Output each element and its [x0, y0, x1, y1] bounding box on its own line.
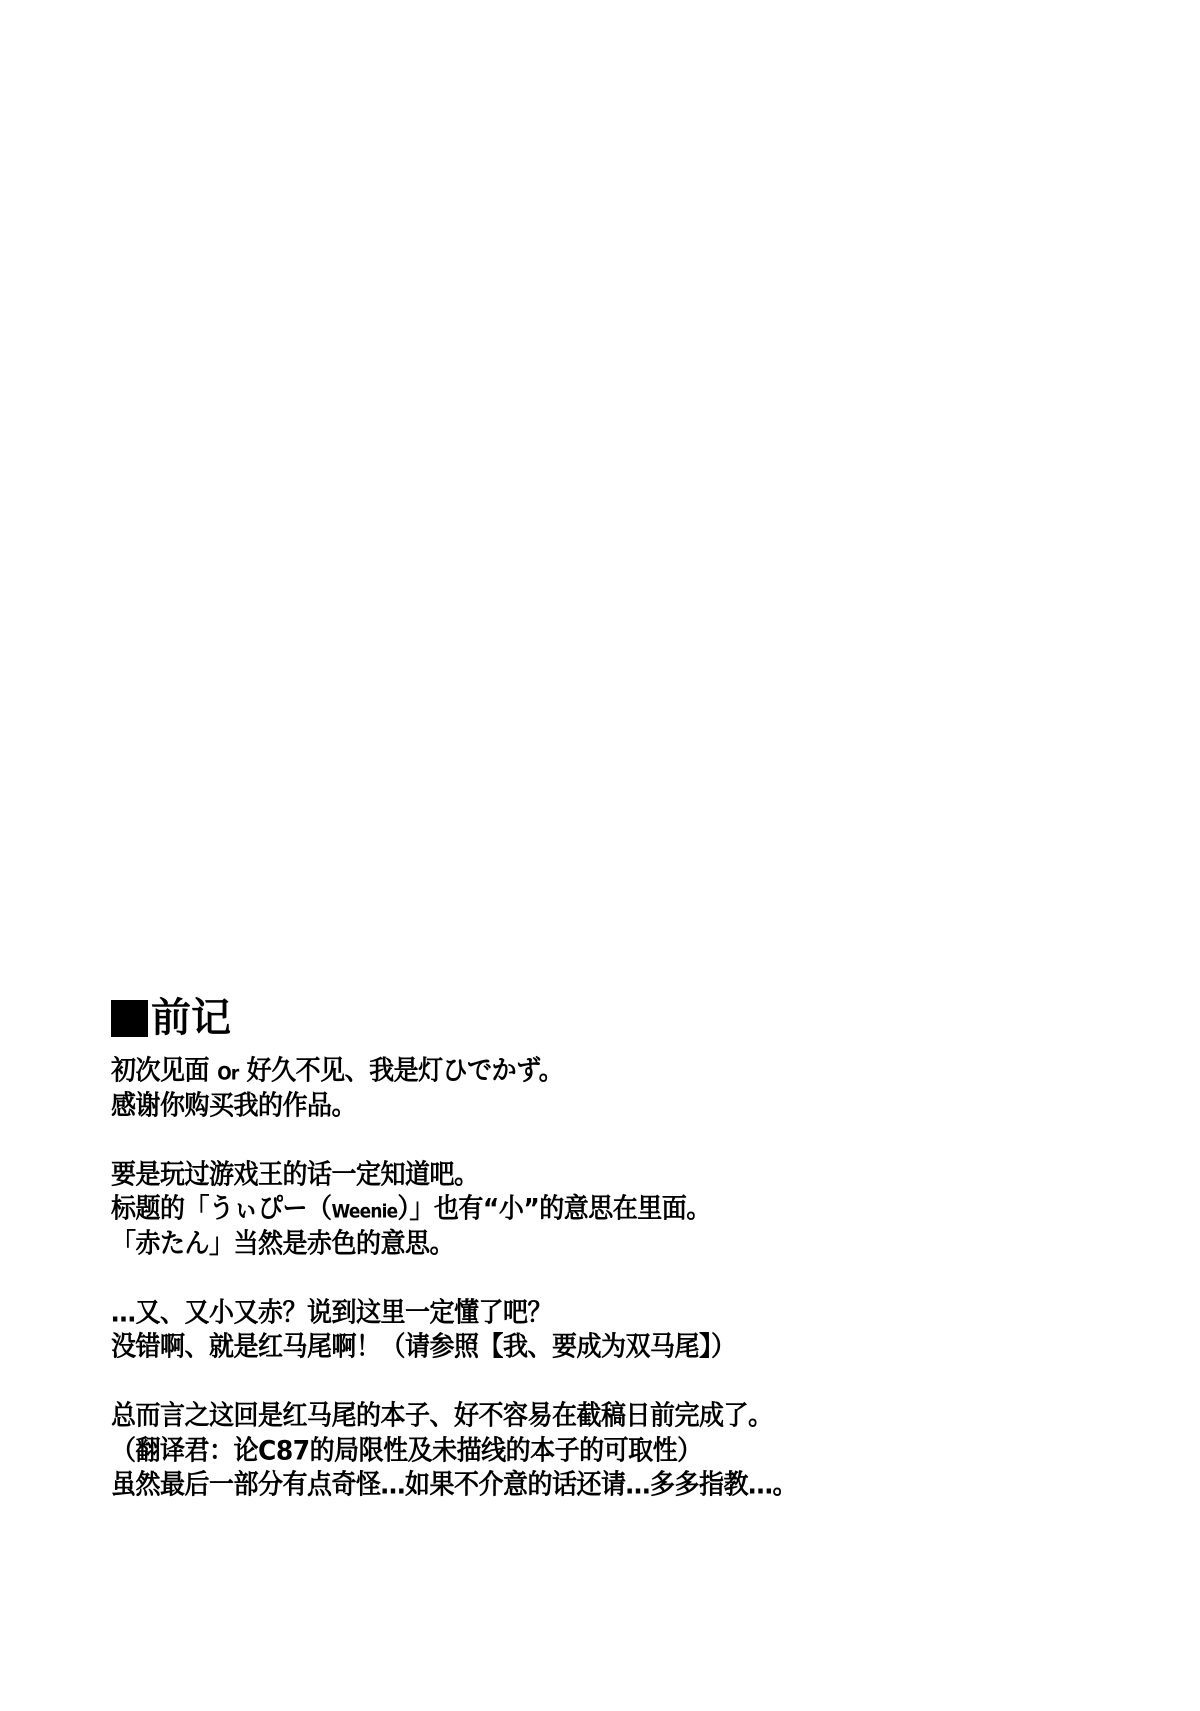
preface-heading: 前记 [111, 994, 1011, 1042]
text-line: 总而言之这回是红马尾的本子、好不容易在截稿日前完成了。 [111, 1398, 1011, 1435]
paragraph-gap [111, 1123, 1011, 1158]
text-segment: 虽然最后一部分有点奇怪…如果不介意的话还请…多多指教…。 [111, 1469, 797, 1500]
text-line: 初次见面 Or 好久不见、我是灯ひでかず。 [111, 1053, 1011, 1090]
preface-heading-text: 前记 [151, 994, 231, 1042]
text-segment: 感谢你购买我的作品。 [111, 1089, 356, 1120]
text-segment: 「赤たん」当然是赤色的意思。 [111, 1227, 454, 1258]
text-segment: 初次见面 [111, 1055, 217, 1086]
text-line: …又、又小又赤？说到这里一定懂了吧？ [111, 1294, 1011, 1331]
text-segment: …又、又小又赤？说到这里一定懂了吧？ [111, 1296, 552, 1327]
text-line: 虽然最后一部分有点奇怪…如果不介意的话还请…多多指教…。 [111, 1467, 1011, 1504]
paragraph-gap [111, 1365, 1011, 1400]
paragraph-1: 初次见面 Or 好久不见、我是灯ひでかず。 感谢你购买我的作品。 [111, 1054, 1011, 1123]
text-segment-small: Or [217, 1063, 238, 1085]
text-line: 感谢你购买我的作品。 [111, 1087, 1011, 1124]
black-square-bullet-icon [111, 1000, 148, 1037]
paragraph-gap [111, 1261, 1011, 1296]
text-segment: ）」也有“小”的意思在里面。 [397, 1193, 710, 1224]
text-line: 「赤たん」当然是赤色的意思。 [111, 1225, 1011, 1262]
text-line: 没错啊、就是红马尾啊！（请参照【我、要成为双马尾】） [111, 1329, 1011, 1366]
text-segment: （翻译君：论C87的局限性及未描线的本子的可取性） [111, 1434, 702, 1465]
text-line: 标题的「うぃぴー（Weenie）」也有“小”的意思在里面。 [111, 1191, 1011, 1228]
text-segment: 标题的「うぃぴー（ [111, 1193, 332, 1224]
preface-section: 前记 初次见面 Or 好久不见、我是灯ひでかず。 感谢你购买我的作品。 要是玩过… [111, 994, 1011, 1503]
paragraph-3: …又、又小又赤？说到这里一定懂了吧？ 没错啊、就是红马尾啊！（请参照【我、要成为… [111, 1296, 1011, 1365]
text-line: （翻译君：论C87的局限性及未描线的本子的可取性） [111, 1432, 1011, 1469]
paragraph-2: 要是玩过游戏王的话一定知道吧。 标题的「うぃぴー（Weenie）」也有“小”的意… [111, 1158, 1011, 1262]
text-segment-small: Weenie [332, 1201, 398, 1223]
text-segment: 好久不见、我是灯ひでかず。 [238, 1055, 563, 1086]
paragraph-4: 总而言之这回是红马尾的本子、好不容易在截稿日前完成了。 （翻译君：论C87的局限… [111, 1399, 1011, 1503]
document-page: 前记 初次见面 Or 好久不见、我是灯ひでかず。 感谢你购买我的作品。 要是玩过… [0, 0, 1200, 1711]
text-segment: 要是玩过游戏王的话一定知道吧。 [111, 1158, 479, 1189]
text-line: 要是玩过游戏王的话一定知道吧。 [111, 1156, 1011, 1193]
text-segment: 总而言之这回是红马尾的本子、好不容易在截稿日前完成了。 [111, 1400, 773, 1431]
text-segment: 没错啊、就是红马尾啊！（请参照【我、要成为双马尾】） [111, 1331, 736, 1362]
